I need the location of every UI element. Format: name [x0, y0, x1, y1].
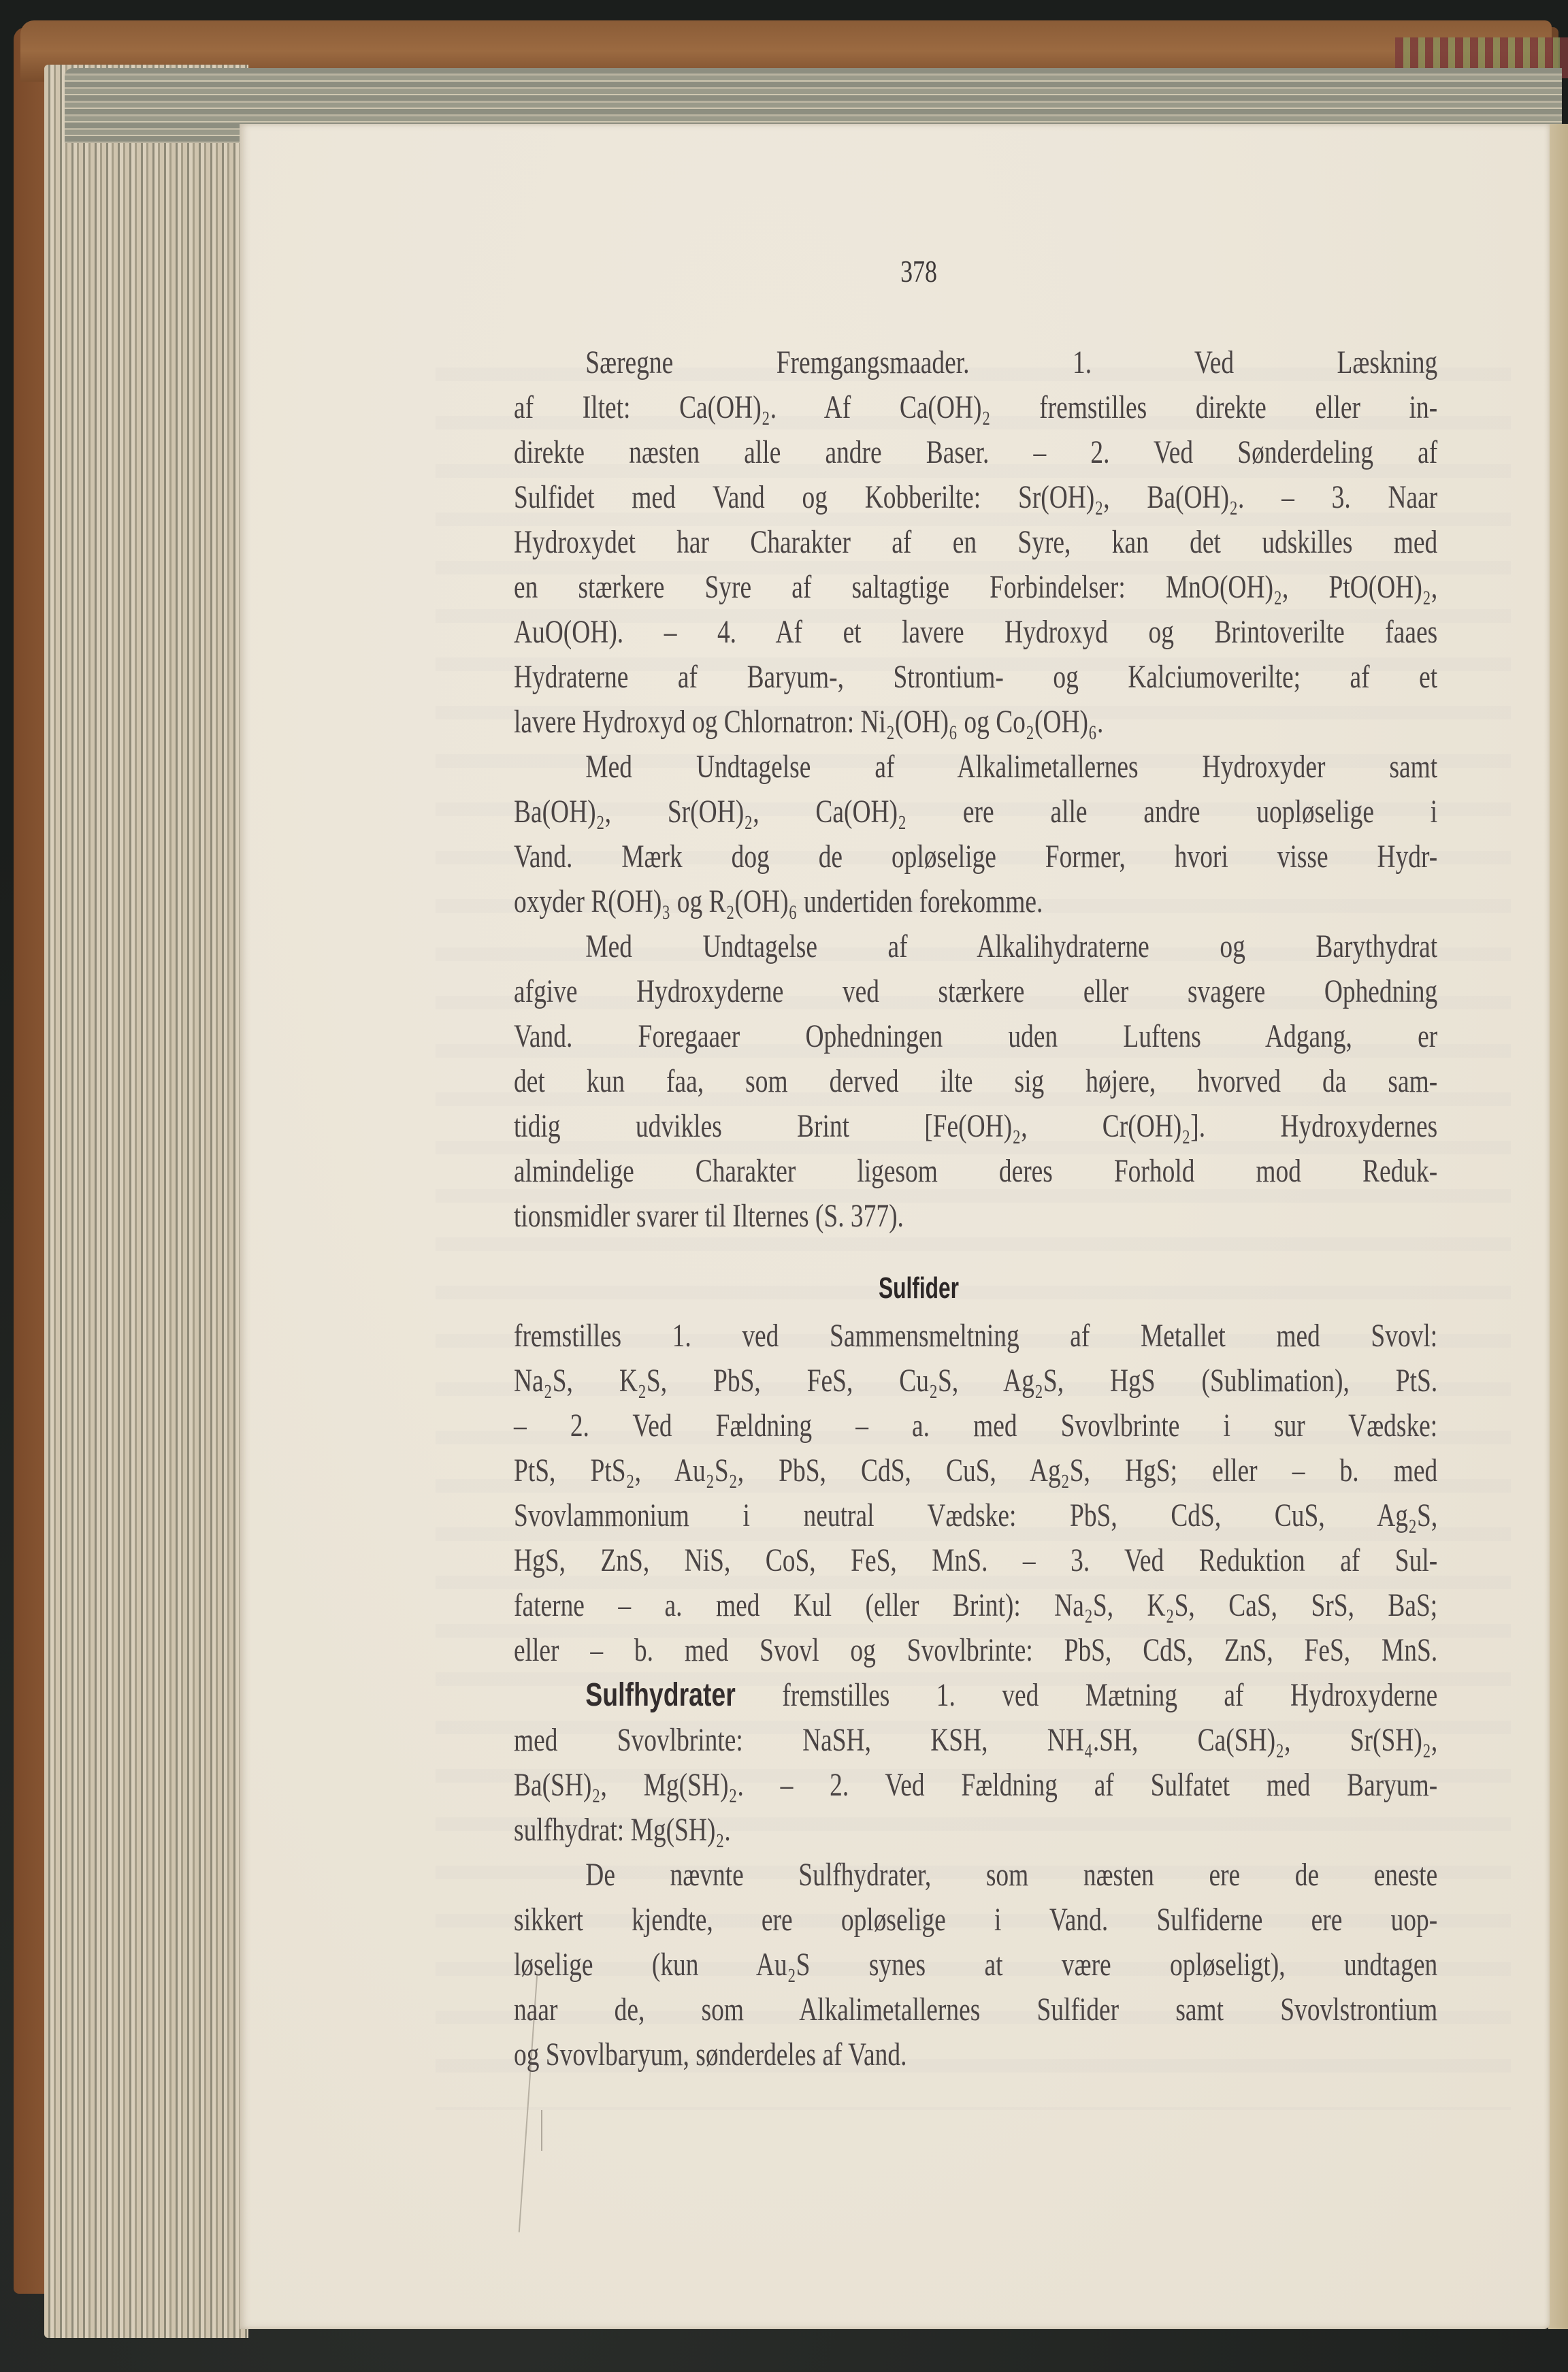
pencil-mark [541, 2110, 542, 2151]
text-line: oxyder R(OH)₃ og R₂(OH)₆ undertiden fore… [514, 879, 1437, 924]
text-line-content: og Svovlbaryum, sønderdeles af Vand. [514, 2036, 906, 2073]
text-line-content: tidig udvikles Brint [Fe(OH)₂, Cr(OH)₂].… [514, 1108, 1437, 1144]
text-line: HgS, ZnS, NiS, CoS, FeS, MnS. – 3. Ved R… [514, 1538, 1437, 1583]
text-line: almindelige Charakter ligesom deres Forh… [514, 1149, 1437, 1194]
text-line: med Svovlbrinte: NaSH, KSH, NH₄.SH, Ca(S… [514, 1718, 1437, 1763]
text-line: Ba(SH)₂, Mg(SH)₂. – 2. Ved Fældning af S… [514, 1763, 1437, 1808]
text-line-content: AuO(OH). – 4. Af et lavere Hydroxyd og B… [514, 614, 1437, 650]
text-line-content: Ba(OH)₂, Sr(OH)₂, Ca(OH)₂ ere alle andre… [514, 794, 1437, 830]
text-line: det kun faa, som derved ilte sig højere,… [514, 1059, 1437, 1104]
text-line-content: HgS, ZnS, NiS, CoS, FeS, MnS. – 3. Ved R… [514, 1542, 1437, 1578]
text-line-content: Vand. Foregaaer Ophedningen uden Luftens… [514, 1018, 1437, 1054]
text-line-content: afgive Hydroxyderne ved stærkere eller s… [514, 973, 1437, 1009]
text-line: tionsmidler svarer til Ilternes (S. 377)… [514, 1194, 1437, 1239]
text-line-content: Hydraterne af Baryum-, Strontium- og Kal… [514, 659, 1437, 695]
text-line-content: Vand. Mærk dog de opløselige Former, hvo… [514, 839, 1437, 875]
text-line: Vand. Foregaaer Ophedningen uden Luftens… [514, 1014, 1437, 1059]
text-line: af Iltet: Ca(OH)₂. Af Ca(OH)₂ fremstille… [514, 385, 1437, 430]
text-line: Hydraterne af Baryum-, Strontium- og Kal… [514, 655, 1437, 700]
text-line-content: Na₂S, K₂S, PbS, FeS, Cu₂S, Ag₂S, HgS (Su… [514, 1363, 1437, 1399]
text-line: Hydroxydet har Charakter af en Syre, kan… [514, 520, 1437, 565]
text-line: Svovlammonium i neutral Vædske: PbS, CdS… [514, 1493, 1437, 1538]
text-line-content: De nævnte Sulfhydrater, som næsten ere d… [585, 1857, 1437, 1893]
text-line: Særegne Fremgangsmaader. 1. Ved Læskning [514, 340, 1437, 385]
text-line-content: almindelige Charakter ligesom deres Forh… [514, 1153, 1437, 1189]
text-line-content: fremstilles 1. ved Mætning af Hydroxyder… [736, 1677, 1437, 1713]
text-line: en stærkere Syre af saltagtige Forbindel… [514, 565, 1437, 610]
text-line: sulfhydrat: Mg(SH)₂. [514, 1808, 1437, 1853]
text-line-content: eller – b. med Svovl og Svovlbrinte: PbS… [514, 1632, 1437, 1668]
page-right-edge [1548, 124, 1568, 2329]
text-line-content: fremstilles 1. ved Sammensmeltning af Me… [514, 1318, 1437, 1354]
text-line-content: Svovlammonium i neutral Vædske: PbS, CdS… [514, 1497, 1437, 1533]
text-line-content: oxyder R(OH)₃ og R₂(OH)₆ undertiden fore… [514, 883, 1043, 920]
text-line: Sulfhydrater fremstilles 1. ved Mætning … [514, 1673, 1437, 1718]
text-line-content: lavere Hydroxyd og Chlornatron: Ni₂(OH)₆… [514, 704, 1103, 740]
stacked-page-edges-left [44, 65, 248, 2338]
text-line-content: en stærkere Syre af saltagtige Forbindel… [514, 569, 1437, 605]
text-line-content: Hydroxydet har Charakter af en Syre, kan… [514, 524, 1437, 560]
text-line-content: PtS, PtS₂, Au₂S₂, PbS, CdS, CuS, Ag₂S, H… [514, 1452, 1437, 1489]
text-line: og Svovlbaryum, sønderdeles af Vand. [514, 2032, 1437, 2077]
text-line: naar de, som Alkalimetallernes Sulfider … [514, 1987, 1437, 2032]
text-line: løselige (kun Au₂S synes at være opløsel… [514, 1943, 1437, 1987]
text-line-content: Ba(SH)₂, Mg(SH)₂. – 2. Ved Fældning af S… [514, 1767, 1437, 1803]
text-line: Vand. Mærk dog de opløselige Former, hvo… [514, 834, 1437, 879]
text-line-content: Med Undtagelse af Alkalimetallernes Hydr… [585, 749, 1437, 785]
text-line: Ba(OH)₂, Sr(OH)₂, Ca(OH)₂ ere alle andre… [514, 790, 1437, 834]
text-line-content: sulfhydrat: Mg(SH)₂. [514, 1812, 731, 1848]
text-line: Med Undtagelse af Alkalimetallernes Hydr… [514, 745, 1437, 790]
text-line-content: faterne – a. med Kul (eller Brint): Na₂S… [514, 1587, 1437, 1623]
text-line-content: af Iltet: Ca(OH)₂. Af Ca(OH)₂ fremstille… [514, 389, 1437, 425]
text-line-content: det kun faa, som derved ilte sig højere,… [514, 1063, 1437, 1099]
text-line-content: Med Undtagelse af Alkalihydraterne og Ba… [585, 928, 1437, 964]
text-line: PtS, PtS₂, Au₂S₂, PbS, CdS, CuS, Ag₂S, H… [514, 1448, 1437, 1493]
text-line-content: med Svovlbrinte: NaSH, KSH, NH₄.SH, Ca(S… [514, 1722, 1437, 1758]
text-line-content: tionsmidler svarer til Ilternes (S. 377)… [514, 1198, 904, 1234]
text-line: Med Undtagelse af Alkalihydraterne og Ba… [514, 924, 1437, 969]
text-line: lavere Hydroxyd og Chlornatron: Ni₂(OH)₆… [514, 700, 1437, 745]
text-line: – 2. Ved Fældning – a. med Svovlbrinte i… [514, 1403, 1437, 1448]
text-line: fremstilles 1. ved Sammensmeltning af Me… [514, 1314, 1437, 1359]
text-line: AuO(OH). – 4. Af et lavere Hydroxyd og B… [514, 610, 1437, 655]
text-line-content: – 2. Ved Fældning – a. med Svovlbrinte i… [514, 1408, 1437, 1444]
text-line-content: løselige (kun Au₂S synes at være opløsel… [514, 1947, 1437, 1983]
bold-term: Sulfhydrater [585, 1677, 736, 1713]
book-scan: 378 Særegne Fremgangsmaader. 1. Ved Læsk… [0, 0, 1568, 2372]
text-line-content: direkte næsten alle andre Baser. – 2. Ve… [514, 434, 1437, 470]
text-line: sikkert kjendte, ere opløselige i Vand. … [514, 1898, 1437, 1943]
text-line: Na₂S, K₂S, PbS, FeS, Cu₂S, Ag₂S, HgS (Su… [514, 1359, 1437, 1403]
text-line-content: Sulfidet med Vand og Kobberilte: Sr(OH)₂… [514, 479, 1437, 515]
text-line: Sulfidet med Vand og Kobberilte: Sr(OH)₂… [514, 475, 1437, 520]
page-number: 378 [881, 253, 955, 289]
section-heading-sulfider: Sulfider [860, 1271, 978, 1305]
text-line: eller – b. med Svovl og Svovlbrinte: PbS… [514, 1628, 1437, 1673]
text-line-content: naar de, som Alkalimetallernes Sulfider … [514, 1992, 1437, 2028]
text-line: faterne – a. med Kul (eller Brint): Na₂S… [514, 1583, 1437, 1628]
text-line: direkte næsten alle andre Baser. – 2. Ve… [514, 430, 1437, 475]
text-line: De nævnte Sulfhydrater, som næsten ere d… [514, 1853, 1437, 1898]
text-line-content: sikkert kjendte, ere opløselige i Vand. … [514, 1902, 1437, 1938]
text-line: tidig udvikles Brint [Fe(OH)₂, Cr(OH)₂].… [514, 1104, 1437, 1149]
text-line: afgive Hydroxyderne ved stærkere eller s… [514, 969, 1437, 1014]
text-line-content: Særegne Fremgangsmaader. 1. Ved Læskning [585, 344, 1437, 380]
